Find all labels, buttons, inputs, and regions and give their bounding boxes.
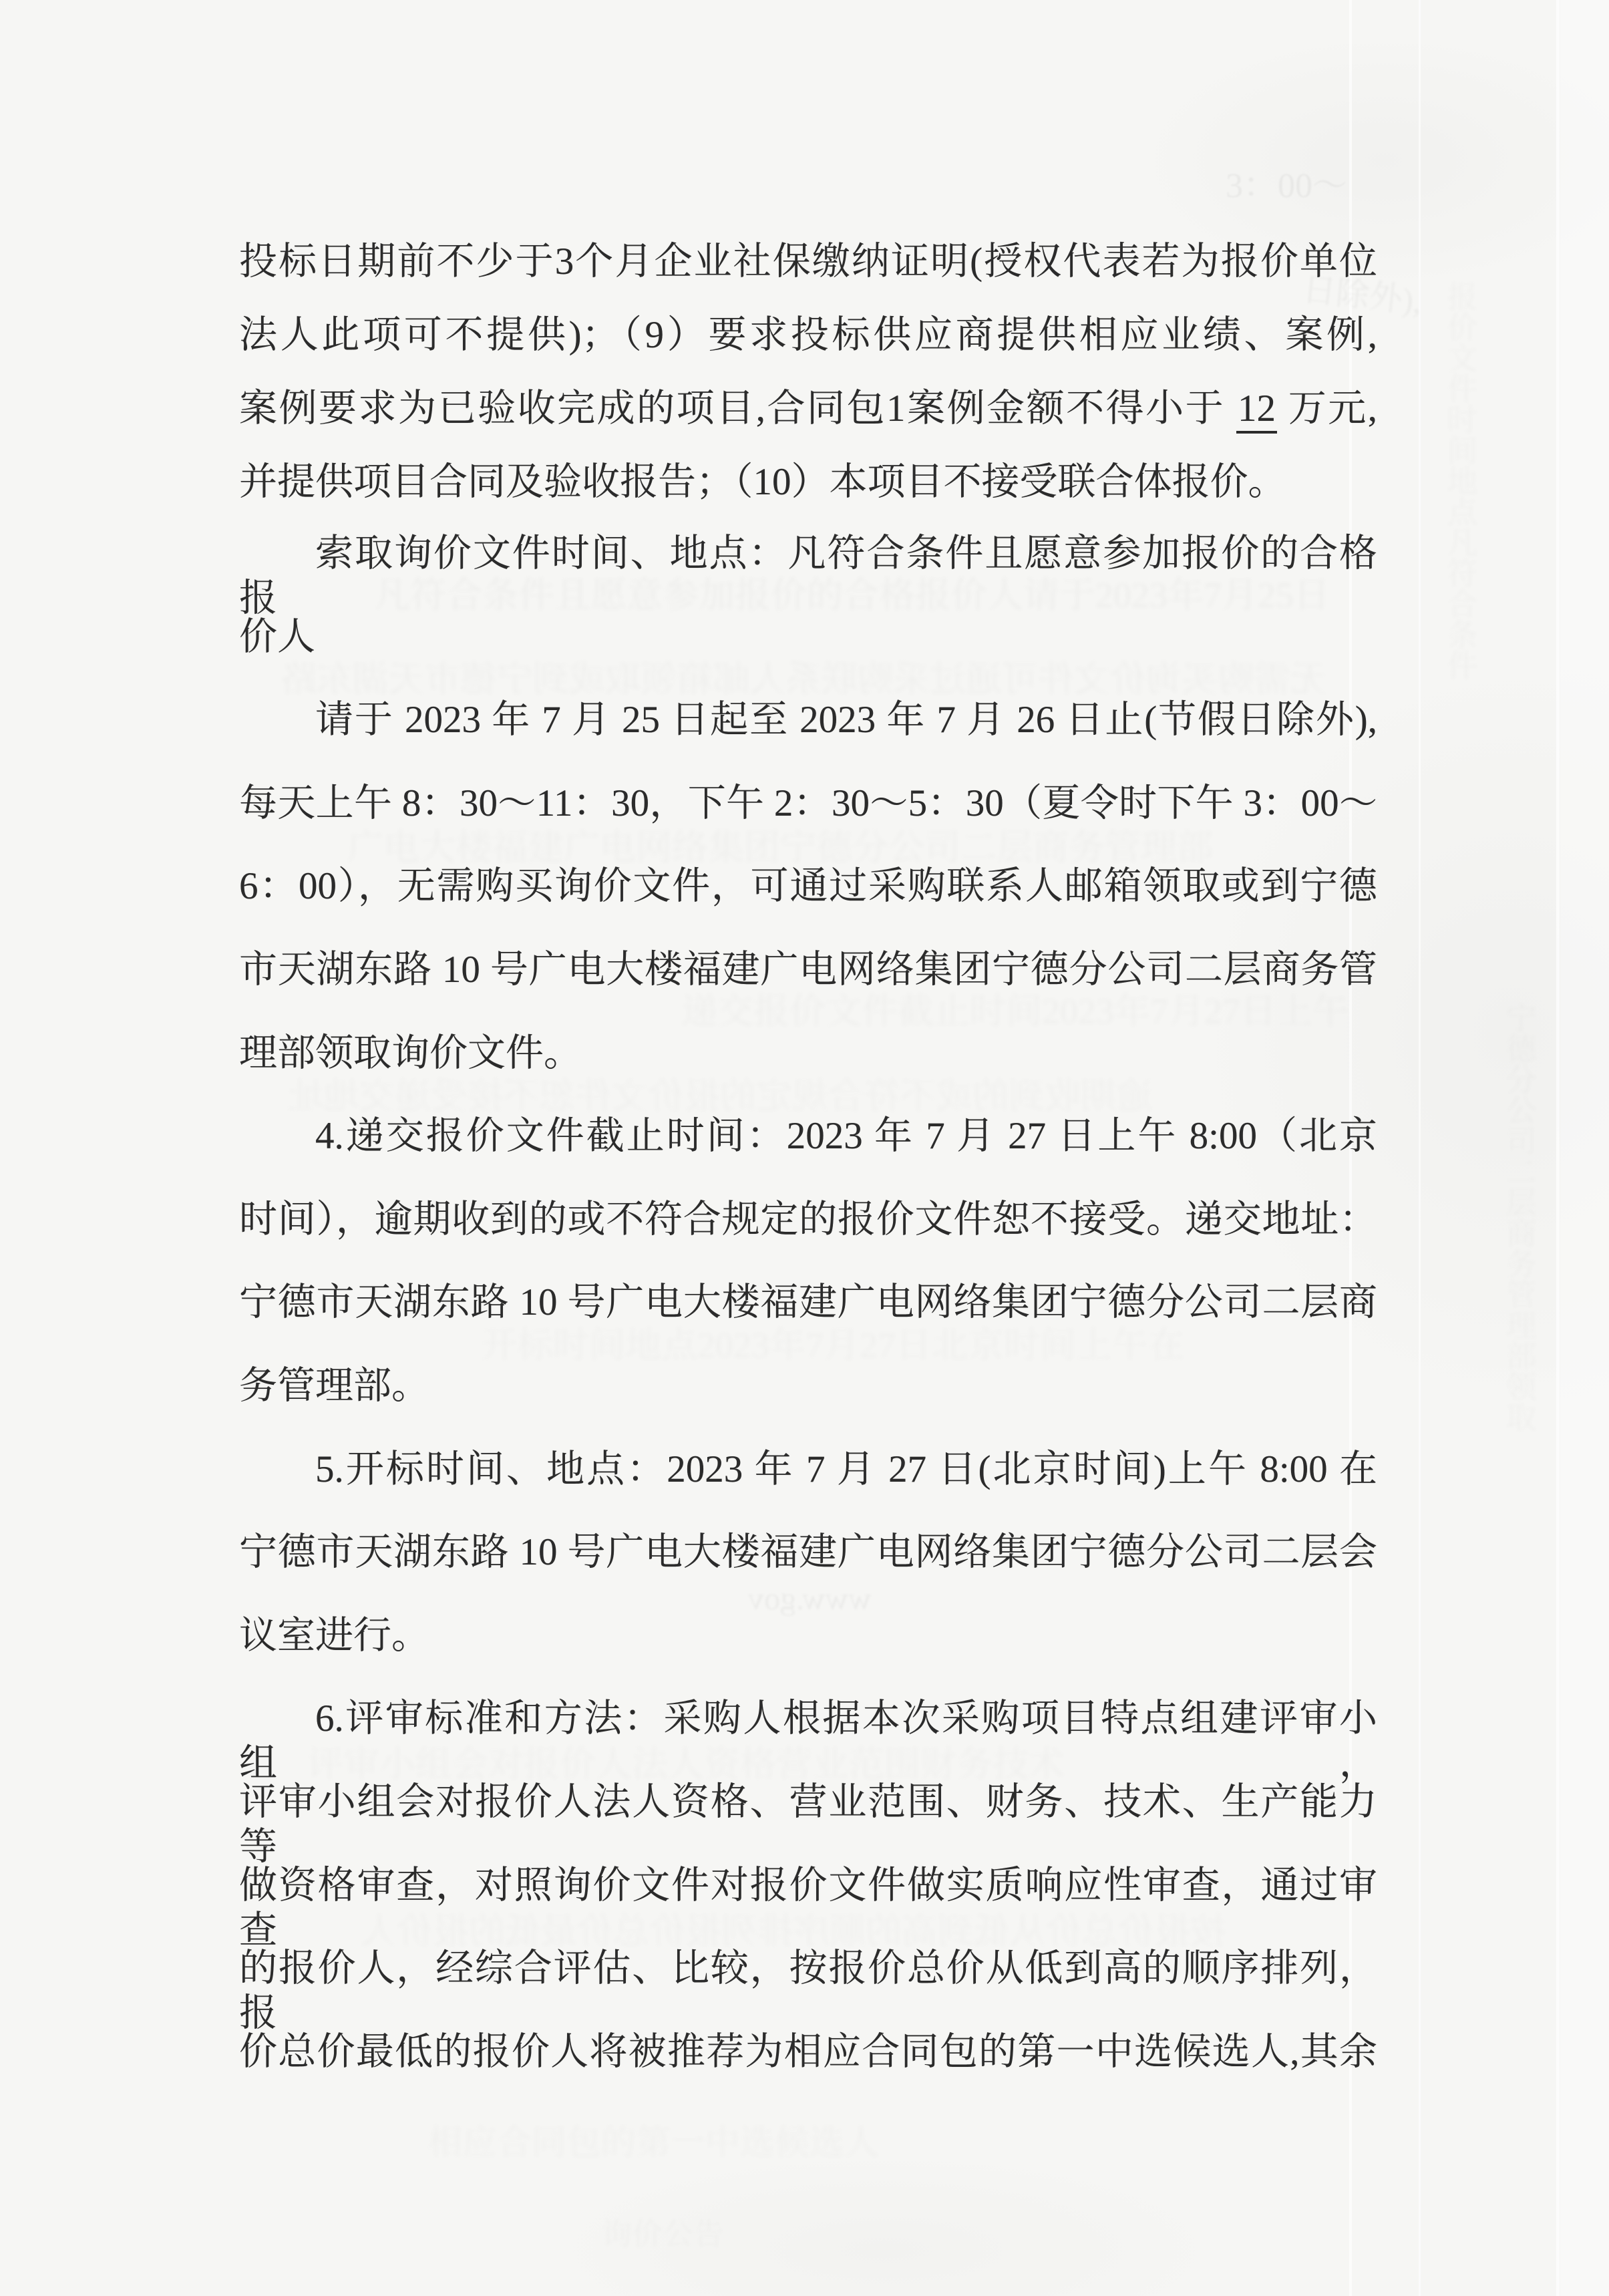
text-line-8: 每天上午 8：30～11：30，下午 2：30～5：30（夏令时下午 3：00～ — [239, 781, 1377, 826]
text-line-4: 并提供项目合同及验收报告；（10）本项目不接受联合体报价。 — [239, 460, 1377, 504]
text-line-1: 投标日期前不少于3个月企业社保缴纳证明(授权代表若为报价单位 — [239, 239, 1377, 284]
text-line-23: 价总价最低的报价人将被推荐为相应合同包的第一中选候选人,其余 — [239, 2029, 1377, 2074]
text-line-12: 4.递交报价文件截止时间：2023 年 7 月 27 日上午 8:00（北京 — [239, 1114, 1377, 1158]
text-line-19: 6.评审标准和方法：采购人根据本次采购项目特点组建评审小组， — [239, 1696, 1377, 1786]
text-line-7: 请于 2023 年 7 月 25 日起至 2023 年 7 月 26 日止(节假… — [239, 697, 1377, 742]
text-line-2: 法人此项可不提供)；（9）要求投标供应商提供相应业绩、案例, — [239, 313, 1377, 357]
body-text-layer: 投标日期前不少于3个月企业社保缴纳证明(授权代表若为报价单位法人此项可不提供)；… — [0, 0, 1609, 2296]
text-line-18: 议室进行。 — [239, 1613, 1377, 1658]
text-line-21: 做资格审查，对照询价文件对报价文件做实质响应性审查，通过审查 — [239, 1863, 1377, 1953]
text-line-14: 宁德市天湖东路 10 号广电大楼福建广电网络集团宁德分公司二层商 — [239, 1280, 1377, 1325]
text-line-5: 索取询价文件时间、地点：凡符合条件且愿意参加报价的合格报 — [239, 531, 1377, 621]
underlined-value: 12 — [1236, 387, 1277, 434]
text-segment: 案例要求为已验收完成的项目,合同包1案例金额不得小于 — [239, 387, 1236, 430]
scanned-document: { "document": { "lines": [ {"text": "投标日… — [0, 0, 1609, 2296]
text-line-3: 案例要求为已验收完成的项目,合同包1案例金额不得小于 12 万元, — [239, 386, 1377, 431]
text-line-6: 价人 — [239, 615, 1377, 659]
text-line-22: 的报价人，经综合评估、比较，按报价总价从低到高的顺序排列，报 — [239, 1946, 1377, 2036]
text-line-10: 市天湖东路 10 号广电大楼福建广电网络集团宁德分公司二层商务管 — [239, 947, 1377, 992]
document-page: 3：00～日除外),凡符合条件且愿意参加报价的合格报价人请于2023年7月25日… — [0, 0, 1609, 2296]
text-line-16: 5.开标时间、地点：2023 年 7 月 27 日(北京时间)上午 8:00 在 — [239, 1447, 1377, 1492]
text-line-20: 评审小组会对报价人法人资格、营业范围、财务、技术、生产能力等 — [239, 1780, 1377, 1870]
text-line-11: 理部领取询价文件。 — [239, 1031, 1377, 1076]
text-line-17: 宁德市天湖东路 10 号广电大楼福建广电网络集团宁德分公司二层会 — [239, 1530, 1377, 1575]
text-line-15: 务管理部。 — [239, 1363, 1377, 1408]
text-line-13: 时间），逾期收到的或不符合规定的报价文件恕不接受。递交地址： — [239, 1197, 1377, 1242]
text-line-9: 6：00），无需购买询价文件，可通过采购联系人邮箱领取或到宁德 — [239, 864, 1377, 909]
text-segment: 万元, — [1277, 387, 1377, 430]
